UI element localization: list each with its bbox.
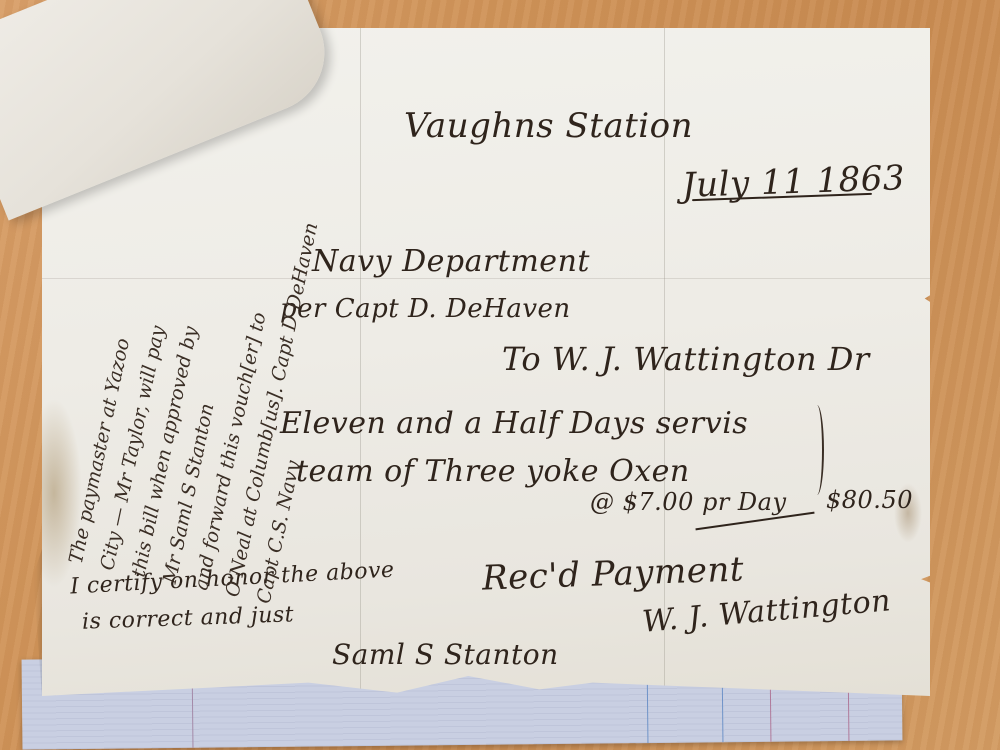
item-brace [810,405,824,495]
paper-fold [360,28,361,696]
item-amount: $80.50 [826,486,913,514]
addressee-line-3: To W. J. Wattington Dr [502,340,870,378]
received-payment-label: Rec'd Payment [481,549,744,598]
certifier-signature: Saml S Stanton [332,638,559,671]
item-description-line-2: team of Three yoke Oxen [296,454,690,489]
certification-line-2: is correct and just [82,602,295,634]
place-heading: Vaughns Station [404,106,693,146]
item-description-line-1: Eleven and a Half Days servis [280,406,748,441]
item-rate: @ $7.00 pr Day [590,488,787,516]
